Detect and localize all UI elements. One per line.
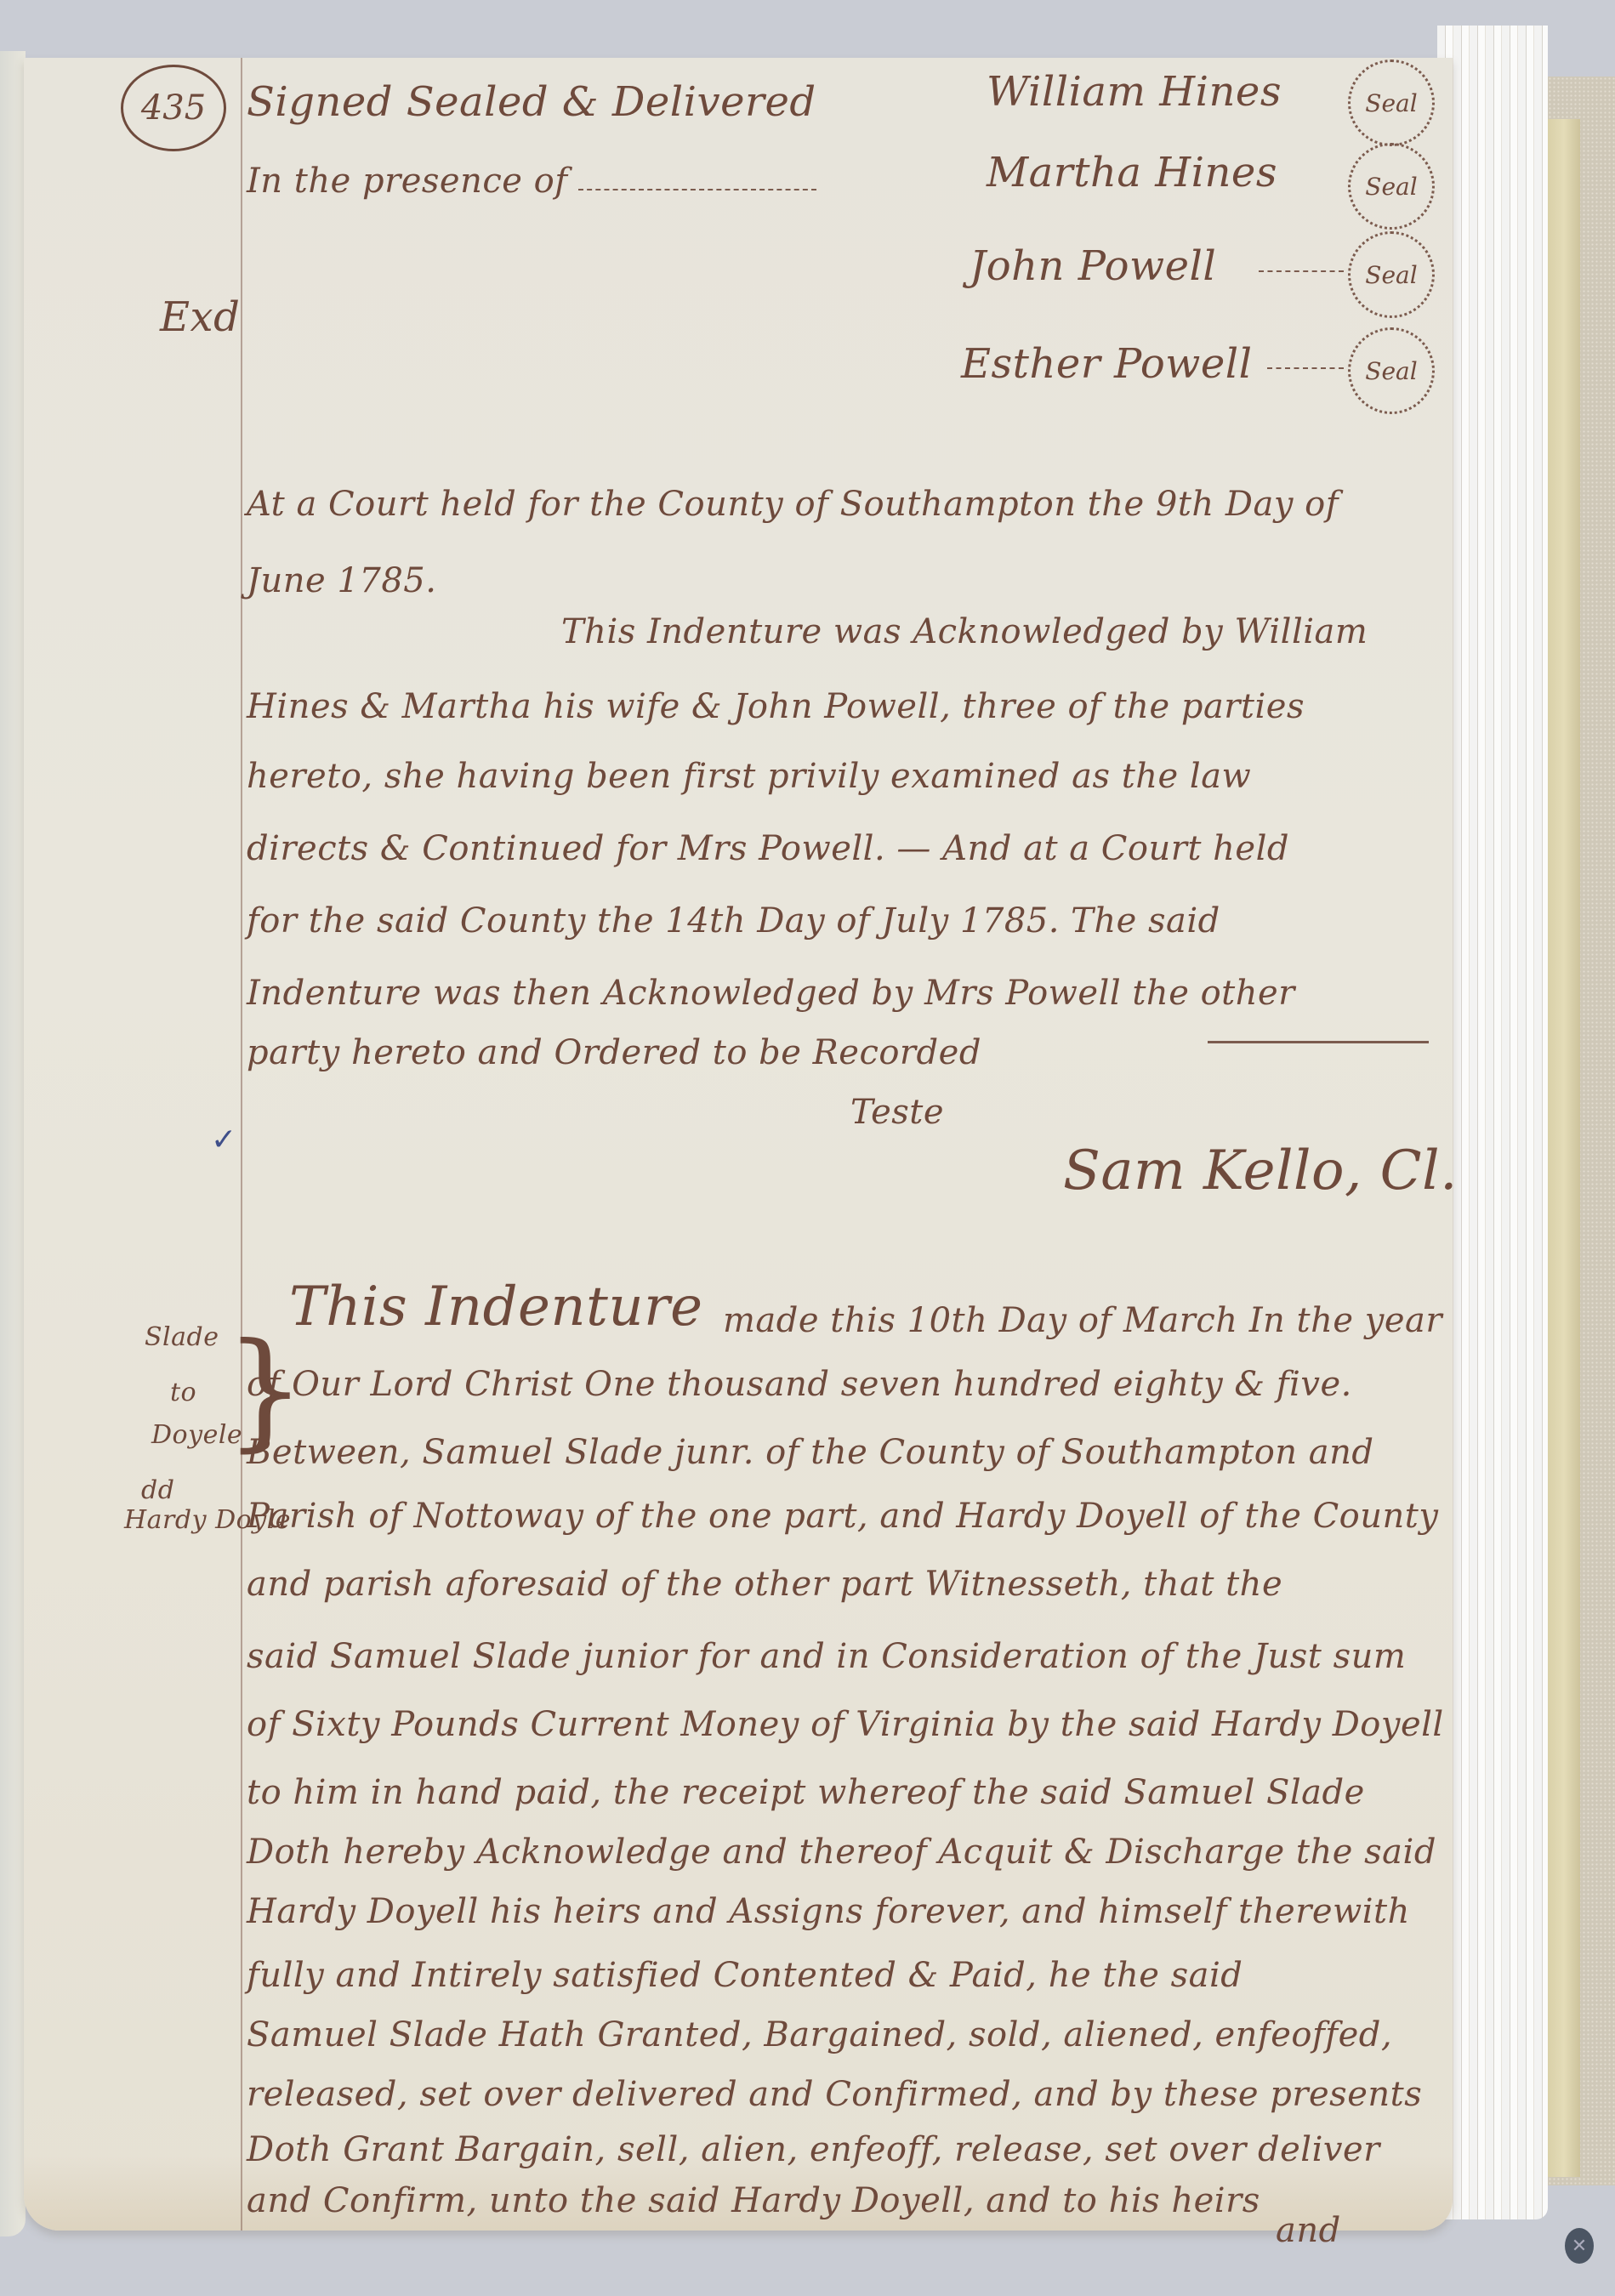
- indenture-line: Parish of Nottoway of the one part, and …: [247, 1497, 1438, 1536]
- indenture-line: released, set over delivered and Confirm…: [247, 2075, 1422, 2114]
- seal-icon: Seal: [1348, 231, 1435, 318]
- indenture-line: Doth Grant Bargain, sell, alien, enfeoff…: [247, 2130, 1380, 2169]
- margin-rule-line: [241, 58, 242, 2231]
- seal-icon: Seal: [1348, 60, 1435, 146]
- court-record-line: for the said County the 14th Day of July…: [247, 901, 1220, 941]
- catchword: and: [1276, 2211, 1341, 2250]
- indenture-line: Hardy Doyell his heirs and Assigns forev…: [247, 1892, 1410, 1931]
- facing-page-edge: [0, 51, 26, 2236]
- seal-label: Seal: [1365, 357, 1417, 385]
- indenture-line: Between, Samuel Slade junr. of the Count…: [247, 1433, 1374, 1472]
- signature-dash-line: [1259, 270, 1344, 272]
- court-record-line: At a Court held for the County of Southa…: [247, 485, 1339, 524]
- indenture-line: made this 10th Day of March In the year: [723, 1301, 1442, 1340]
- seal-label: Seal: [1365, 173, 1417, 201]
- page-edges-stack: [1437, 26, 1548, 2219]
- examined-mark: Exd: [160, 293, 240, 341]
- signature-dash-line: [1267, 367, 1344, 369]
- court-record-line: June 1785.: [247, 561, 436, 600]
- indenture-heading: This Indenture: [289, 1276, 703, 1338]
- indenture-line: and parish aforesaid of the other part W…: [247, 1565, 1282, 1604]
- indenture-line: and Confirm, unto the said Hardy Doyell,…: [247, 2181, 1260, 2220]
- seal-label: Seal: [1365, 89, 1417, 117]
- margin-deed-title: to: [170, 1378, 196, 1407]
- indenture-line: of Our Lord Christ One thousand seven hu…: [247, 1365, 1352, 1404]
- court-record-line: directs & Continued for Mrs Powell. — An…: [247, 829, 1289, 868]
- flyleaf-strip: [1548, 119, 1580, 2177]
- screw-icon: ✕: [1565, 2228, 1594, 2264]
- indenture-line: Doth hereby Acknowledge and thereof Acqu…: [247, 1833, 1436, 1872]
- seal-icon: Seal: [1348, 327, 1435, 414]
- margin-deed-title: dd: [141, 1475, 174, 1505]
- attestation-line-2: In the presence of: [247, 162, 568, 201]
- checkmark-icon: ✓: [211, 1122, 236, 1157]
- page-number-text: 435: [141, 88, 206, 128]
- court-record-line: Indenture was then Acknowledged by Mrs P…: [247, 974, 1295, 1013]
- indenture-line: of Sixty Pounds Current Money of Virgini…: [247, 1705, 1444, 1744]
- teste-label: Teste: [850, 1093, 944, 1132]
- margin-deed-title: Slade: [145, 1322, 219, 1352]
- signatory-name: John Powell: [970, 242, 1216, 290]
- end-rule-line: [1208, 1041, 1429, 1043]
- court-record-line: party hereto and Ordered to be Recorded: [247, 1033, 981, 1072]
- clerk-signature: Sam Kello, Cl.: [1063, 1139, 1458, 1202]
- seal-label: Seal: [1365, 261, 1417, 289]
- attestation-line-1: Signed Sealed & Delivered: [247, 78, 816, 126]
- indenture-line: fully and Intirely satisfied Contented &…: [247, 1956, 1243, 1995]
- court-record-line: hereto, she having been first privily ex…: [247, 757, 1251, 796]
- attestation-dash-line: [578, 189, 816, 190]
- court-record-line: This Indenture was Acknowledged by Willi…: [561, 612, 1368, 651]
- court-record-line: Hines & Martha his wife & John Powell, t…: [247, 687, 1305, 726]
- indenture-line: said Samuel Slade junior for and in Cons…: [247, 1637, 1406, 1676]
- signatory-name: William Hines: [987, 68, 1282, 116]
- seal-icon: Seal: [1348, 143, 1435, 230]
- signatory-name: Martha Hines: [987, 149, 1277, 196]
- indenture-line: Samuel Slade Hath Granted, Bargained, so…: [247, 2015, 1392, 2054]
- indenture-line: to him in hand paid, the receipt whereof…: [247, 1773, 1365, 1812]
- signatory-name: Esther Powell: [961, 340, 1252, 388]
- page-number: 435: [121, 65, 226, 151]
